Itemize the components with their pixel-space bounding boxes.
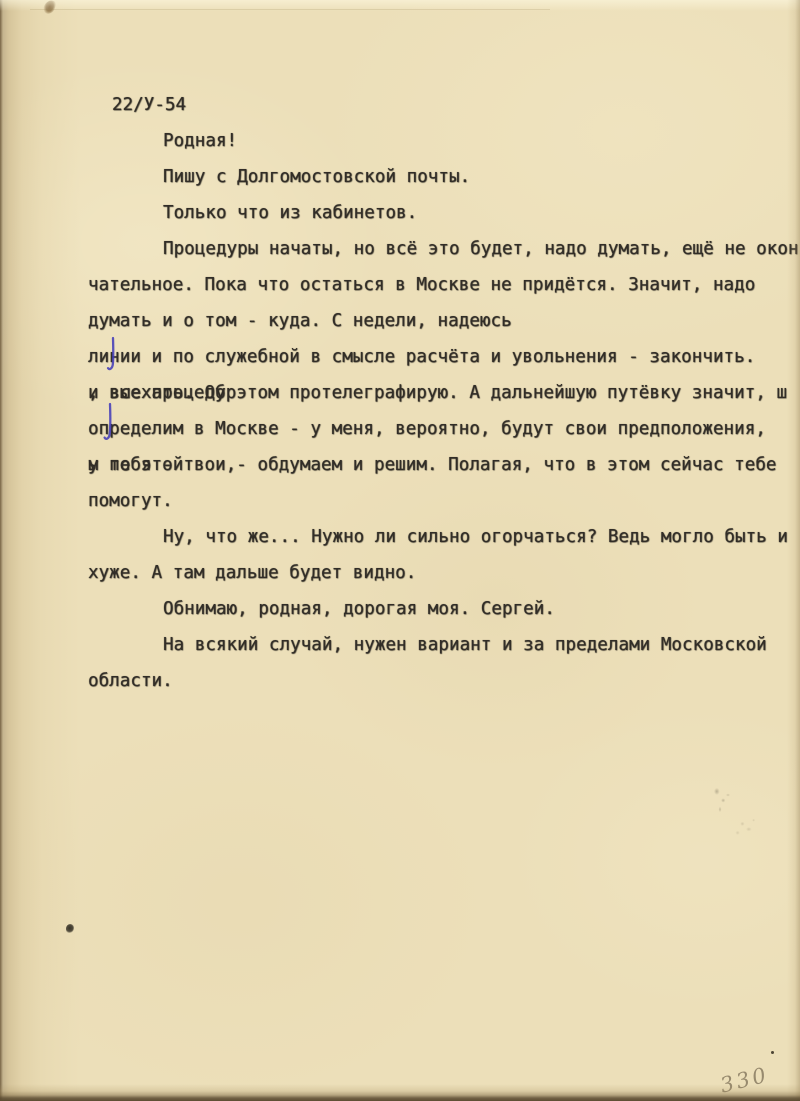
paper-stain-top-left	[42, 0, 57, 15]
typewritten-line: хуже. А там дальше будет видно.	[88, 555, 792, 591]
paper-crease	[30, 9, 550, 10]
speck	[771, 1051, 774, 1054]
typewritten-line: помогут.	[88, 483, 792, 519]
typewritten-line: и выехать. Об этом протелеграфирую. А да…	[88, 375, 792, 411]
typewritten-line: Только что из кабинетов.	[88, 195, 792, 231]
typewritten-line: Родная!	[88, 123, 792, 159]
ink-blot	[66, 924, 74, 933]
typewritten-line: Ну, что же... Нужно ли сильно огорчаться…	[88, 519, 792, 555]
typewritten-line: у тебя - твои,- обдумаем и решим. Полага…	[88, 447, 792, 483]
typewritten-line: линии и по служебной в смысле расчёта и …	[88, 339, 792, 375]
ink-smudge	[696, 768, 776, 858]
typewritten-line: На всякий случай, нужен вариант и за пре…	[88, 627, 792, 663]
page-bottom-edge	[0, 1083, 800, 1101]
page-top-edge	[0, 0, 800, 14]
letter-lines: Родная!Пишу с Долгомостовской почты.Толь…	[88, 123, 792, 699]
typewritten-line: области.	[88, 663, 792, 699]
letter-date: 22/У-54	[88, 87, 792, 123]
line-segment: думать и о том - куда. С недели, надеюсь	[88, 311, 512, 331]
letter-body: 22/У-54 Родная!Пишу с Долгомостовской по…	[88, 87, 792, 699]
typewritten-line: определим в Москве - у меня, вероятно, б…	[88, 411, 792, 447]
scanned-letter-page: 22/У-54 Родная!Пишу с Долгомостовской по…	[0, 0, 800, 1101]
typewritten-line: Процедуры начаты, но всё это будет, надо…	[88, 231, 792, 267]
typewritten-line: думать и о том - куда. С недели, надеюсь…	[88, 303, 792, 339]
typewritten-line: Пишу с Долгомостовской почты.	[88, 159, 792, 195]
typewritten-line: Обнимаю, родная, дорогая моя. Сергей.	[88, 591, 792, 627]
typewritten-line: чательное. Пока что остаться в Москве не…	[88, 267, 792, 303]
pencil-page-number: 330	[718, 1062, 771, 1097]
page-left-edge	[0, 0, 82, 1101]
